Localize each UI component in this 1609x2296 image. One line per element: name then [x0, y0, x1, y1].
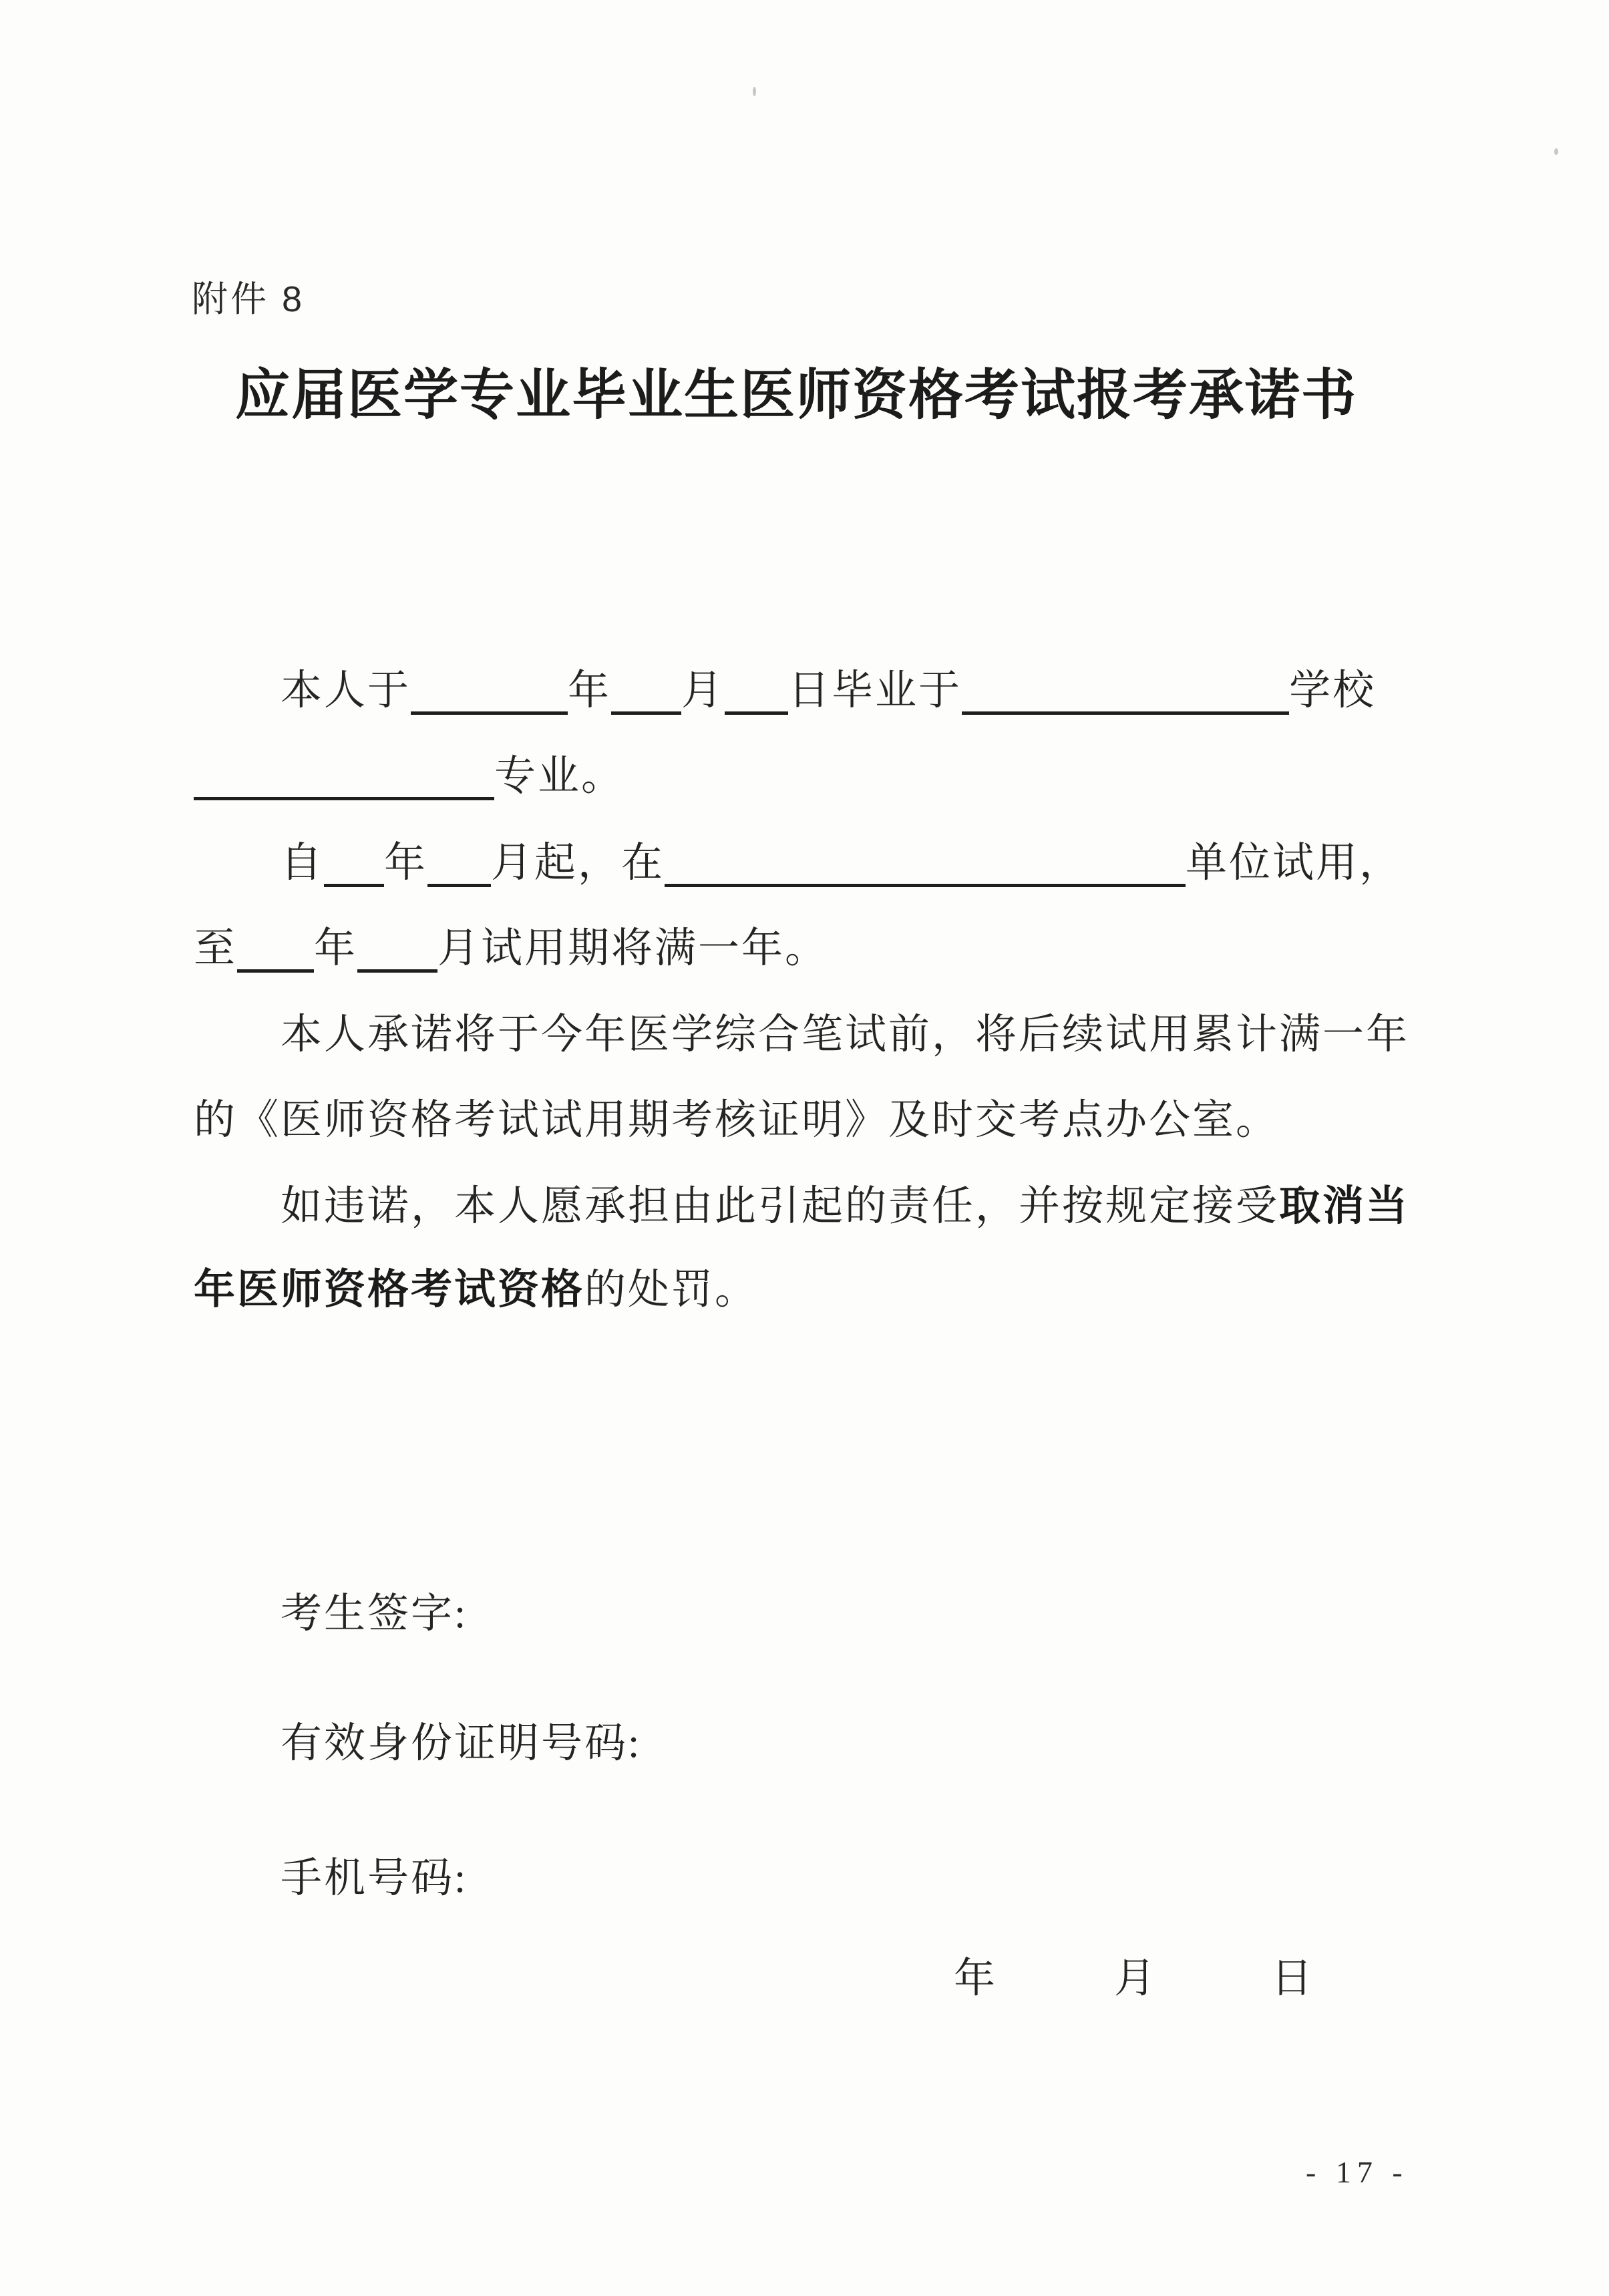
text-penalty-bold-continued: 年医师资格考试资格 [194, 1267, 584, 1313]
phone-number-label: 手机号码: [281, 1856, 468, 1902]
text-year: 年 [384, 840, 427, 886]
text-penalty-bold: 取消当 [1279, 1183, 1409, 1229]
fill-blank-probation-start-year [324, 884, 384, 887]
text-until: 至 [194, 926, 237, 971]
attachment-label: 附件 8 [192, 279, 305, 319]
date-day-label: 日 [1271, 1956, 1314, 2002]
text-i-graduated-on: 本人于 [281, 668, 411, 713]
text-probation-full-year: 月试用期将满一年。 [437, 926, 828, 971]
penalty-statement-line2: 年医师资格考试资格的处罚。 [194, 1267, 758, 1313]
fill-blank-major [194, 797, 494, 800]
fill-blank-probation-end-year [237, 969, 314, 973]
fill-blank-probation-start-month [427, 884, 491, 887]
page-number: - 17 - [1306, 2155, 1409, 2190]
text-school: 学校 [1289, 668, 1376, 713]
fill-blank-probation-unit [665, 884, 1186, 887]
fill-blank-school-name [962, 711, 1289, 715]
fill-blank-graduation-month [611, 711, 681, 715]
penalty-statement-line1: 如违诺，本人愿承担由此引起的责任，并按规定接受取消当 [281, 1183, 1409, 1230]
fill-blank-graduation-day [725, 711, 788, 715]
fill-blank-probation-end-month [357, 969, 437, 973]
text-month: 月 [681, 668, 725, 713]
text-year: 年 [314, 926, 357, 971]
text-since: 自 [281, 840, 324, 886]
document-title: 应届医学专业毕业生医师资格考试报考承诺书 [235, 365, 1357, 426]
signature-label: 考生签字: [281, 1591, 468, 1637]
date-year-label: 年 [954, 1956, 997, 2002]
text-year: 年 [568, 668, 611, 713]
text-major: 专业。 [494, 754, 624, 799]
commitment-statement-line2: 的《医师资格考试试用期考核证明》及时交考点办公室。 [194, 1098, 1279, 1144]
scan-speck [753, 87, 756, 96]
text-unit-probation: 单位试用， [1186, 840, 1403, 886]
scanned-document-page: 附件 8 应届医学专业毕业生医师资格考试报考承诺书 本人于年月日毕业于学校 专业… [0, 0, 1609, 2296]
text-penalty-regular-end: 的处罚。 [584, 1267, 758, 1313]
text-day-graduated-from: 日毕业于 [788, 668, 962, 713]
date-month-label: 月 [1114, 1956, 1157, 2002]
form-line-probation-end: 至年月试用期将满一年。 [194, 926, 828, 973]
id-number-label: 有效身份证明号码: [281, 1721, 641, 1767]
text-penalty-regular: 如违诺，本人愿承担由此引起的责任，并按规定接受 [281, 1184, 1279, 1229]
text-month-start-at: 月起，在 [491, 840, 665, 886]
form-line-graduation: 本人于年月日毕业于学校 [281, 668, 1376, 715]
form-line-probation-start: 自年月起，在单位试用， [281, 840, 1403, 887]
fill-blank-graduation-year [411, 711, 568, 715]
form-line-major: 专业。 [194, 754, 624, 800]
commitment-statement-line1: 本人承诺将于今年医学综合笔试前，将后续试用累计满一年 [281, 1012, 1409, 1058]
scan-speck [1554, 148, 1558, 155]
